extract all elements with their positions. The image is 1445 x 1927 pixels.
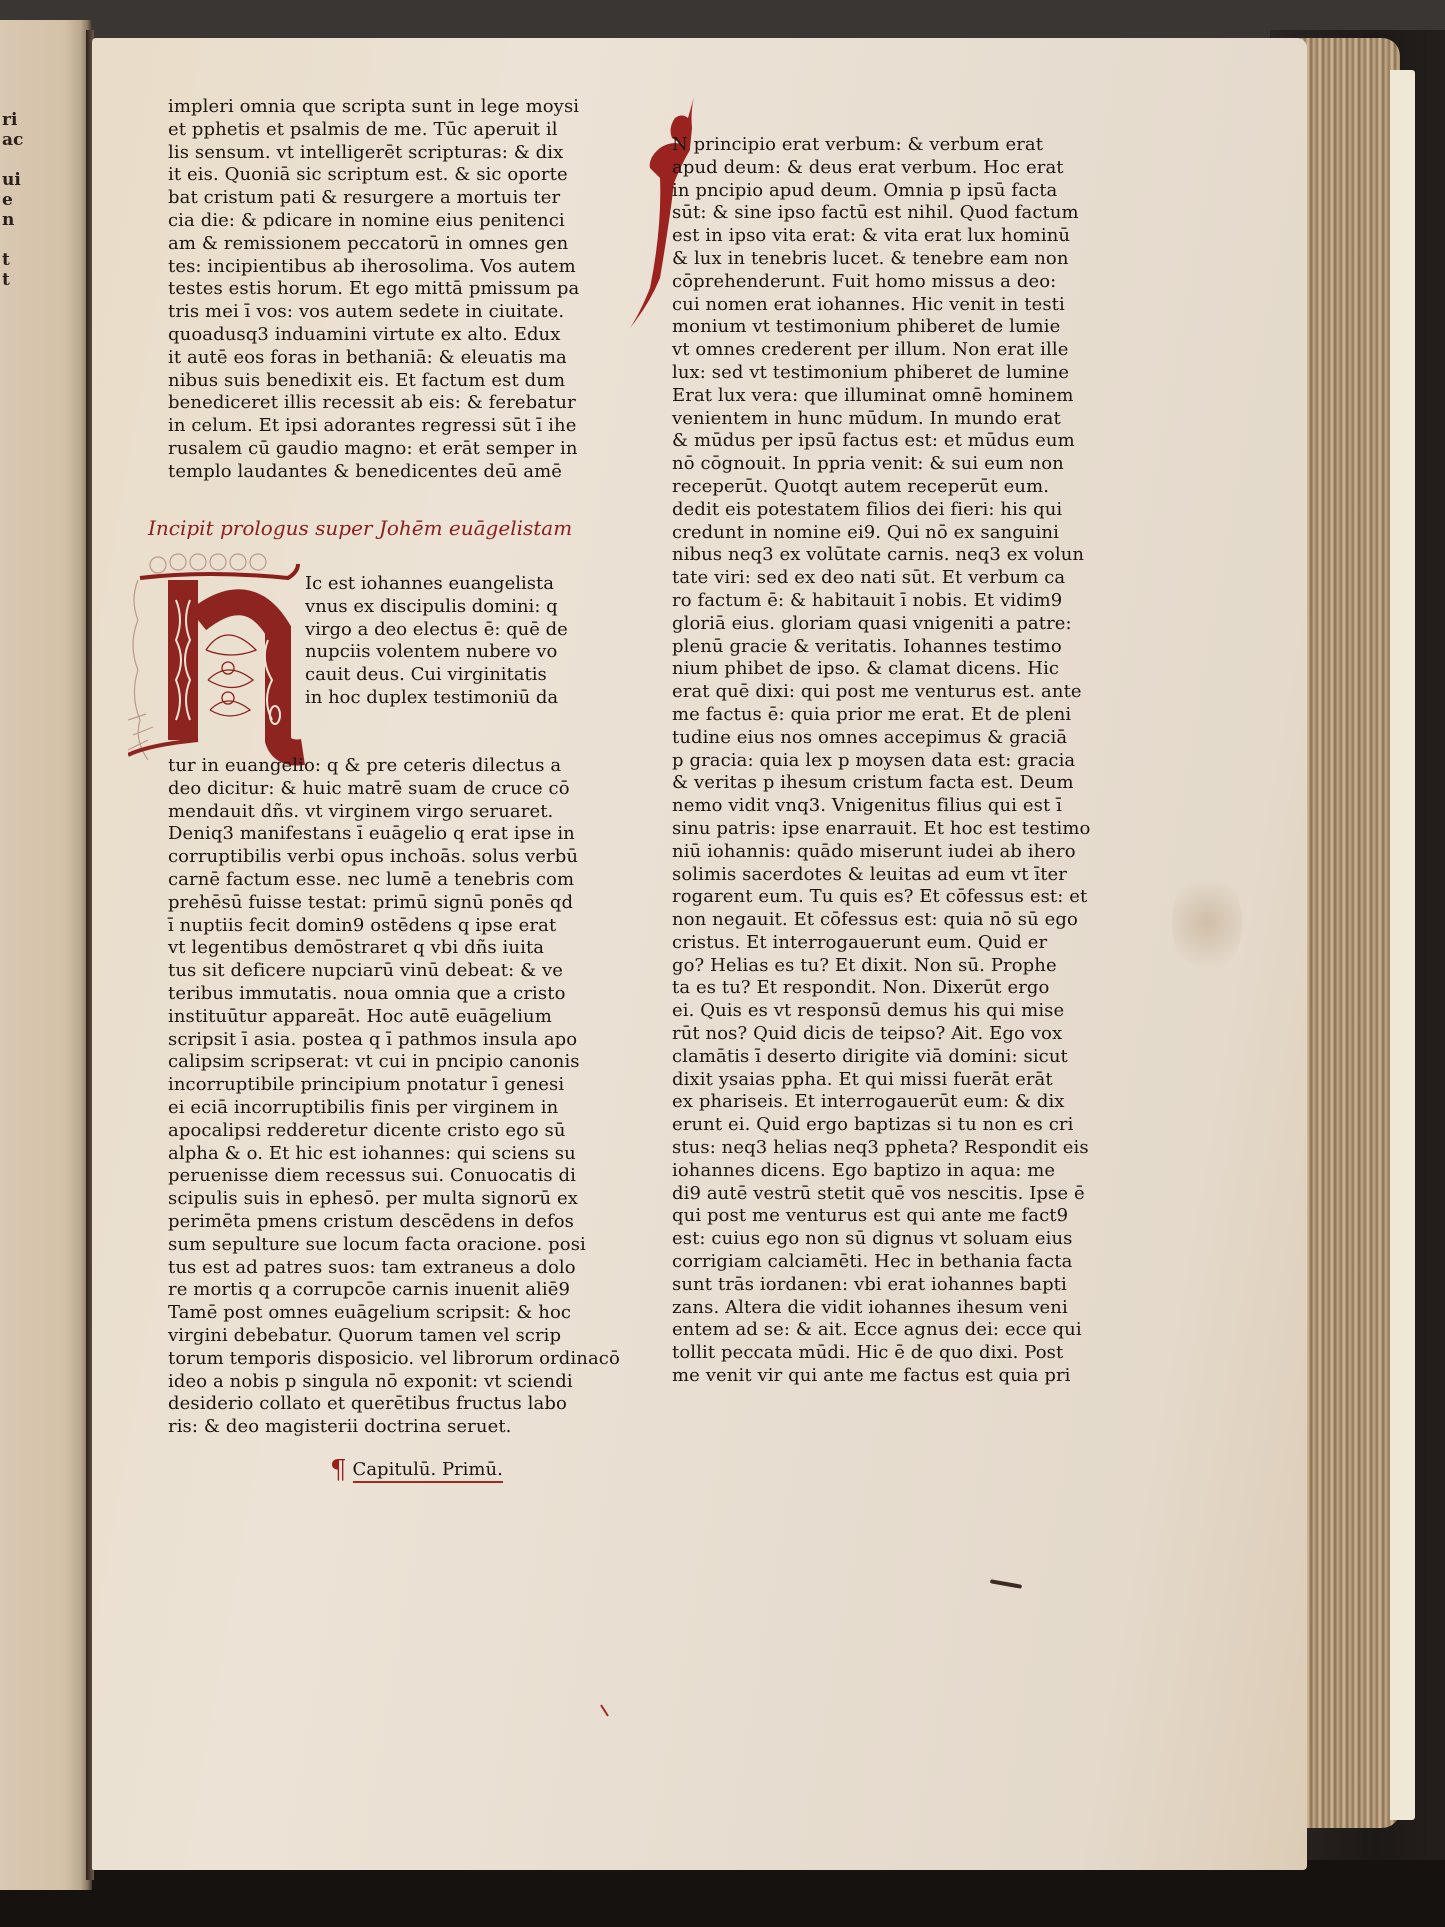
text-line: ro factum ē: & habitauit ī nobis. Et vid…: [672, 590, 1082, 613]
text-line: desiderio collato et querētibus fructus …: [168, 1393, 498, 1416]
text-line: solimis sacerdotes & leuitas ad eum vt ī…: [672, 864, 1082, 887]
text-line: alpha & o. Et hic est iohannes: qui scie…: [168, 1143, 498, 1166]
text-line: lis sensum. vt intelligerēt scripturas: …: [168, 142, 498, 165]
text-line: tollit peccata mūdi. Hic ē de quo dixi. …: [672, 1342, 1082, 1365]
text-line: ui: [2, 170, 32, 190]
text-line: carnē factum esse. nec lumē a tenebris c…: [168, 869, 498, 892]
text-line: ris: & deo magisterii doctrina seruet.: [168, 1416, 498, 1439]
text-line: Erat lux vera: que illuminat omnē homine…: [672, 385, 1082, 408]
text-line: tris mei ī vos: vos autem sedete in ciui…: [168, 301, 498, 324]
text-line: scripsit ī asia. postea q ī pathmos insu…: [168, 1029, 498, 1052]
text-line: peruenisse diem recessus sui. Conuocatis…: [168, 1165, 498, 1188]
text-line: teribus immutatis. noua omnia que a cris…: [168, 983, 498, 1006]
left-column-text-top: impleri omnia que scripta sunt in lege m…: [168, 96, 498, 484]
text-line: dedit eis potestatem filios dei fieri: h…: [672, 499, 1082, 522]
text-line: me venit vir qui ante me factus est quia…: [672, 1365, 1082, 1388]
text-line: tus est ad patres suos: tam extraneus a …: [168, 1257, 498, 1280]
text-line: qui post me venturus est qui ante me fac…: [672, 1205, 1082, 1228]
text-line: sunt trās iordanen: vbi erat iohannes ba…: [672, 1274, 1082, 1297]
text-line: virgo a deo electus ē: quē de: [305, 619, 568, 642]
text-line: N principio erat verbum: & verbum erat: [672, 134, 1082, 157]
text-line: zans. Altera die vidit iohannes ihesum v…: [672, 1297, 1082, 1320]
text-line: nupciis volentem nubere vo: [305, 641, 568, 664]
text-line: testes estis horum. Et ego mittā pmissum…: [168, 278, 498, 301]
text-line: dixit ysaias ppha. Et qui missi fuerāt e…: [672, 1069, 1082, 1092]
text-line: ri: [2, 110, 32, 130]
endpaper-edge: [1390, 70, 1415, 1820]
text-line: receperūt. Quotqt autem receperūt eum.: [672, 476, 1082, 499]
text-line: rusalem cū gaudio magno: et erāt semper …: [168, 438, 498, 461]
text-line: & mūdus per ipsū factus est: et mūdus eu…: [672, 430, 1082, 453]
text-line: nō cōgnouit. In ppria venit: & sui eum n…: [672, 453, 1082, 476]
text-line: am & remissionem peccatorū in omnes gen: [168, 233, 498, 256]
text-line: calipsim scripserat: vt cui in pncipio c…: [168, 1051, 498, 1074]
text-line: venientem in hunc mūdum. In mundo erat: [672, 408, 1082, 431]
text-line: me factus ē: quia prior me erat. Et de p…: [672, 704, 1082, 727]
text-line: vt legentibus demōstraret q vbi dñs iuit…: [168, 937, 498, 960]
text-line: erat quē dixi: qui post me venturus est.…: [672, 681, 1082, 704]
text-line: [2, 150, 32, 170]
text-line: cōprehenderunt. Fuit homo missus a deo:: [672, 271, 1082, 294]
text-line: sinu patris: ipse enarrauit. Et hoc est …: [672, 818, 1082, 841]
text-line: Tamē post omnes euāgelium scripsit: & ho…: [168, 1302, 498, 1325]
text-line: & veritas p ihesum cristum facta est. De…: [672, 772, 1082, 795]
previous-page-text-fragment: riacuientt: [2, 110, 32, 290]
text-line: sūt: & sine ipso factū est nihil. Quod f…: [672, 202, 1082, 225]
text-line: cauit deus. Cui virginitatis: [305, 664, 568, 687]
text-line: est in ipso vita erat: & vita erat lux h…: [672, 225, 1082, 248]
left-column-text-bottom: tur in euangelio: q & pre ceteris dilect…: [168, 755, 498, 1439]
text-line: benediceret illis recessit ab eis: & fer…: [168, 392, 498, 415]
text-line: t: [2, 250, 32, 270]
text-line: clamātis ī deserto dirigite viā domini: …: [672, 1046, 1082, 1069]
text-line: perimēta pmens cristum descēdens in defo…: [168, 1211, 498, 1234]
text-line: tur in euangelio: q & pre ceteris dilect…: [168, 755, 498, 778]
text-line: entem ad se: & ait. Ecce agnus dei: ecce…: [672, 1319, 1082, 1342]
text-line: cristus. Et interrogauerunt eum. Quid er: [672, 932, 1082, 955]
text-line: apud deum: & deus erat verbum. Hoc erat: [672, 157, 1082, 180]
text-line: tate viri: sed ex deo nati sūt. Et verbu…: [672, 567, 1082, 590]
text-line: bat cristum pati & resurgere a mortuis t…: [168, 187, 498, 210]
text-line: prehēsū fuisse testat: primū signū ponēs…: [168, 892, 498, 915]
text-line: torum temporis disposicio. vel librorum …: [168, 1348, 498, 1371]
incipit-rubric: Incipit prologus super Johēm euāgelistam: [148, 516, 572, 540]
text-line: rūt nos? Quid dicis de teipso? Ait. Ego …: [672, 1023, 1082, 1046]
text-line: et pphetis et psalmis de me. Tūc aperuit…: [168, 119, 498, 142]
text-line: [2, 230, 32, 250]
text-line: niū iohannis: quādo miserunt iudei ab ih…: [672, 841, 1082, 864]
text-line: erunt ei. Quid ergo baptizas si tu non e…: [672, 1114, 1082, 1137]
text-line: ei eciā incorruptibilis finis per virgin…: [168, 1097, 498, 1120]
text-line: ac: [2, 130, 32, 150]
text-line: go? Helias es tu? Et dixit. Non sū. Prop…: [672, 955, 1082, 978]
text-line: corruptibilis verbi opus inchoās. solus …: [168, 846, 498, 869]
chapter-heading: ¶Capitulū. Primū.: [330, 1455, 503, 1485]
text-line: cia die: & pdicare in nomine eius penite…: [168, 210, 498, 233]
text-line: plenū gracie & veritatis. Iohannes testi…: [672, 636, 1082, 659]
chapter-heading-label: Capitulū. Primū.: [353, 1459, 503, 1483]
text-line: corrigiam calciamēti. Hec in bethania fa…: [672, 1251, 1082, 1274]
text-line: ta es tu? Et respondit. Non. Dixerūt erg…: [672, 977, 1082, 1000]
text-line: ī nuptiis fecit domin9 ostēdens q ipse e…: [168, 915, 498, 938]
text-line: in pncipio apud deum. Omnia p ipsū facta: [672, 180, 1082, 203]
text-line: nium phibet de ipso. & clamat dicens. Hi…: [672, 658, 1082, 681]
text-line: vnus ex discipulis domini: q: [305, 596, 568, 619]
text-line: iohannes dicens. Ego baptizo in aqua: me: [672, 1160, 1082, 1183]
text-line: nibus suis benedixit eis. Et factum est …: [168, 370, 498, 393]
text-line: p gracia: quia lex p moysen data est: gr…: [672, 750, 1082, 773]
text-line: & lux in tenebris lucet. & tenebre eam n…: [672, 248, 1082, 271]
pilcrow-icon: ¶: [330, 1455, 347, 1485]
text-line: tus sit deficere nupciarū vinū debeat: &…: [168, 960, 498, 983]
red-ink-mark: [600, 1704, 610, 1718]
text-line: in hoc duplex testimoniū da: [305, 687, 568, 710]
text-line: virgini debebatur. Quorum tamen vel scri…: [168, 1325, 498, 1348]
book-photo: riacuientt impleri omnia que scripta sun…: [0, 0, 1445, 1927]
text-line: ei. Quis es vt responsū demus his qui mi…: [672, 1000, 1082, 1023]
text-line: in celum. Et ipsi adorantes regressi sūt…: [168, 415, 498, 438]
text-line: it autē eos foras in bethaniā: & eleuati…: [168, 347, 498, 370]
text-line: sum sepulture sue locum facta oracione. …: [168, 1234, 498, 1257]
text-line: Ic est iohannes euangelista: [305, 573, 568, 596]
previous-page-edge: riacuientt: [0, 20, 92, 1890]
decorated-initial-h-icon: [128, 540, 308, 770]
text-line: t: [2, 270, 32, 290]
text-line: monium vt testimonium phiberet de lumie: [672, 316, 1082, 339]
text-line: impleri omnia que scripta sunt in lege m…: [168, 96, 498, 119]
text-line: credunt in nomine ei9. Qui nō ex sanguin…: [672, 522, 1082, 545]
foxing-stain: [1172, 868, 1242, 978]
text-line: templo laudantes & benedicentes deū amē: [168, 461, 498, 484]
text-line: tudine eius nos omnes accepimus & graciā: [672, 727, 1082, 750]
text-line: nemo vidit vnq3. Vnigenitus filius qui e…: [672, 795, 1082, 818]
text-line: di9 autē vestrū stetit quē vos nescitis.…: [672, 1183, 1082, 1206]
text-line: rogarent eum. Tu quis es? Et cōfessus es…: [672, 886, 1082, 909]
background-table: [0, 0, 1445, 40]
right-column-text-gospel-john: N principio erat verbum: & verbum eratap…: [672, 134, 1082, 1388]
prologue-lines-beside-initial: Ic est iohannes euangelistavnus ex disci…: [305, 573, 568, 710]
text-line: deo dicitur: & huic matrē suam de cruce …: [168, 778, 498, 801]
text-line: gloriā eius. gloriam quasi vnigeniti a p…: [672, 613, 1082, 636]
text-line: re mortis q a corrupcōe carnis inuenit a…: [168, 1279, 498, 1302]
text-line: apocalipsi redderetur dicente cristo ego…: [168, 1120, 498, 1143]
text-line: vt omnes crederent per illum. Non erat i…: [672, 339, 1082, 362]
text-line: nibus neq3 ex volūtate carnis. neq3 ex v…: [672, 544, 1082, 567]
book-cover-bottom: [0, 1860, 1445, 1927]
text-line: stus: neq3 helias neq3 ppheta? Respondit…: [672, 1137, 1082, 1160]
text-line: n: [2, 210, 32, 230]
text-line: e: [2, 190, 32, 210]
text-line: lux: sed vt testimonium phiberet de lumi…: [672, 362, 1082, 385]
text-line: scipulis suis in ephesō. per multa signo…: [168, 1188, 498, 1211]
text-line: quoadusq3 induamini virtute ex alto. Edu…: [168, 324, 498, 347]
text-line: incorruptibile principium pnotatur ī gen…: [168, 1074, 498, 1097]
text-line: instituūtur appareāt. Hoc autē euāgelium: [168, 1006, 498, 1029]
text-line: mendauit dñs. vt virginem virgo seruaret…: [168, 801, 498, 824]
text-line: est: cuius ego non sū dignus vt soluam e…: [672, 1228, 1082, 1251]
text-line: cui nomen erat iohannes. Hic venit in te…: [672, 294, 1082, 317]
text-line: ideo a nobis p singula nō exponit: vt sc…: [168, 1371, 498, 1394]
text-line: tes: incipientibus ab iherosolima. Vos a…: [168, 256, 498, 279]
text-line: ex phariseis. Et interrogauerūt eum: & d…: [672, 1091, 1082, 1114]
text-line: non negauit. Et cōfessus est: quia nō sū…: [672, 909, 1082, 932]
text-line: Deniq3 manifestans ī euāgelio q erat ips…: [168, 823, 498, 846]
text-line: it eis. Quoniā sic scriptum est. & sic o…: [168, 164, 498, 187]
